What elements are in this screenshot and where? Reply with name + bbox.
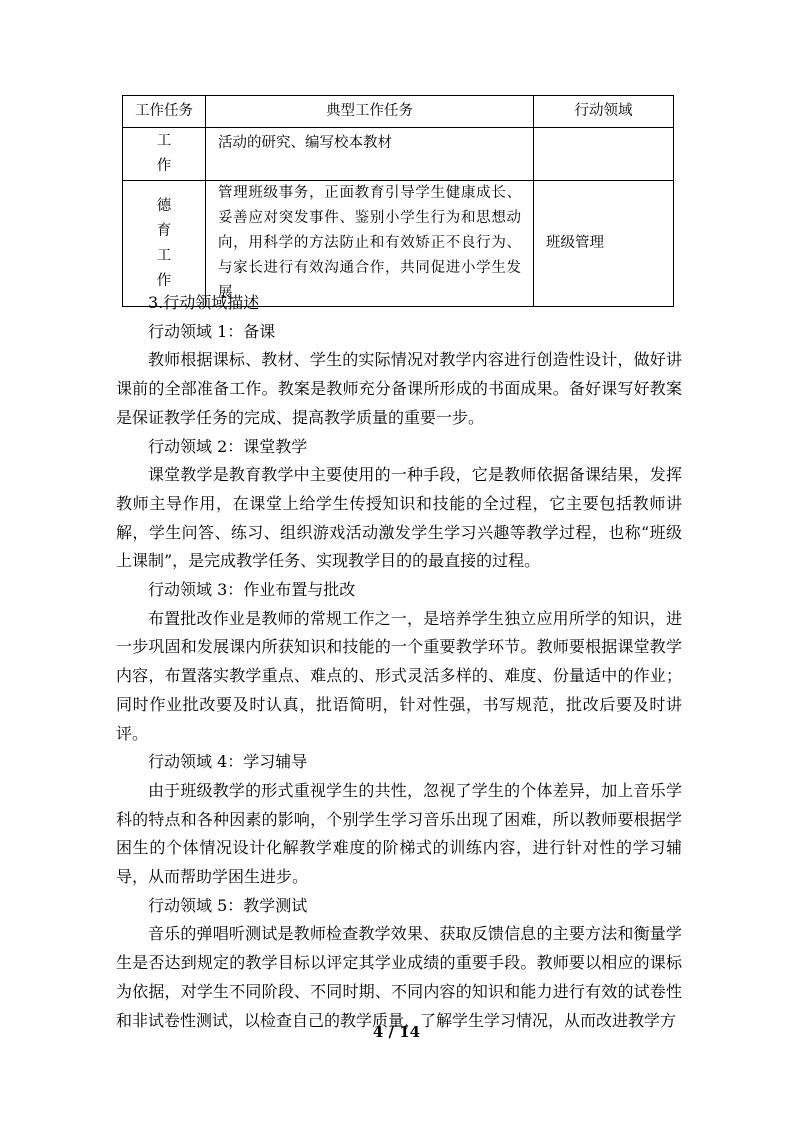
paragraph: 教师根据课标、教材、学生的实际情况对教学内容进行创造性设计，做好讲课前的全部准备…: [116, 346, 682, 432]
cell-typical-task: 管理班级事务，正面教育引导学生健康成长、妥善应对突发事件、鉴别小学生行为和思想动…: [206, 181, 534, 307]
header-cell-work-task: 工作任务: [123, 96, 206, 128]
header-cell-action-domain: 行动领域: [534, 96, 674, 128]
paragraph: 布置批改作业是教师的常规工作之一，是培养学生独立应用所学的知识，进一步巩固和发展…: [116, 605, 682, 749]
paragraph: 由于班级教学的形式重视学生的共性，忽视了学生的个体差异，加上音乐学科的特点和各种…: [116, 777, 682, 892]
paragraph: 课堂教学是教育教学中主要使用的一种手段，它是教师依据备课结果，发挥教师主导作用，…: [116, 461, 682, 576]
section-heading: 行动领域 1：备课: [116, 318, 682, 347]
work-tasks-table: 工作任务 典型工作任务 行动领域 工作 活动的研究、编写校本教材 德育工作 管理…: [122, 95, 674, 307]
cell-work-task: 德育工作: [123, 181, 206, 307]
header-cell-typical-task: 典型工作任务: [206, 96, 534, 128]
work-task-vertical-text: 德育工作: [157, 194, 172, 294]
cell-action-domain: 班级管理: [534, 181, 674, 307]
document-page: 工作任务 典型工作任务 行动领域 工作 活动的研究、编写校本教材 德育工作 管理…: [0, 0, 793, 1122]
body-text: 3.行动领域描述 行动领域 1：备课 教师根据课标、教材、学生的实际情况对教学内…: [116, 289, 682, 1035]
table-row: 德育工作 管理班级事务，正面教育引导学生健康成长、妥善应对突发事件、鉴别小学生行…: [123, 181, 674, 307]
work-task-vertical-text: 工作: [157, 129, 172, 179]
paragraph: 音乐的弹唱听测试是教师检查教学效果、获取反馈信息的主要方法和衡量学生是否达到规定…: [116, 920, 682, 1035]
cell-typical-task: 活动的研究、编写校本教材: [206, 128, 534, 181]
cell-work-task: 工作: [123, 128, 206, 181]
section-heading: 行动领域 3：作业布置与批改: [116, 576, 682, 605]
section-heading: 行动领域 4：学习辅导: [116, 748, 682, 777]
cell-action-domain: [534, 128, 674, 181]
table-header-row: 工作任务 典型工作任务 行动领域: [123, 96, 674, 128]
section-heading: 行动领域 5：教学测试: [116, 892, 682, 921]
section-heading: 3.行动领域描述: [116, 289, 682, 318]
page-number: 4 / 14: [0, 1023, 793, 1041]
section-heading: 行动领域 2：课堂教学: [116, 433, 682, 462]
table-row: 工作 活动的研究、编写校本教材: [123, 128, 674, 181]
